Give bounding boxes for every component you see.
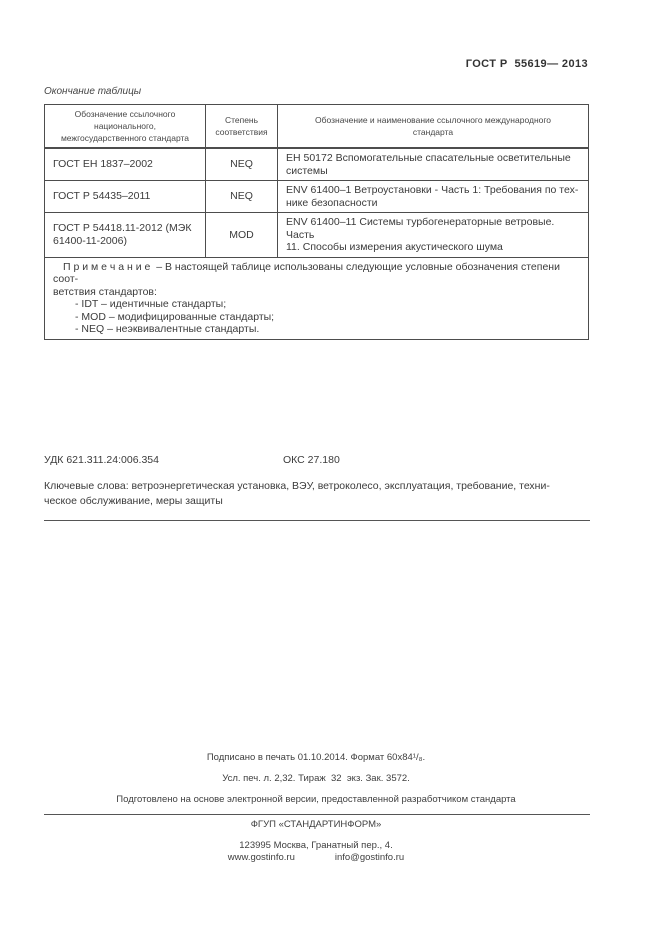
cell-degree: MOD <box>206 213 278 258</box>
note-item-neq: - NEQ – неэквивалентные стандарты. <box>75 323 580 336</box>
cell-international-standard: ENV 61400–1 Ветроустановки - Часть 1: Тр… <box>278 181 589 213</box>
note-item-idt: - IDT – идентичные стандарты; <box>75 298 580 311</box>
keywords: Ключевые слова: ветроэнергетическая уста… <box>44 479 588 509</box>
cell-degree: NEQ <box>206 148 278 181</box>
table-row: ГОСТ ЕН 1837–2002 NEQ ЕН 50172 Вспомогат… <box>45 148 589 181</box>
oks-code: ОКС 27.180 <box>283 454 340 466</box>
publisher-name: ФГУП «СТАНДАРТИНФОРМ» <box>44 819 588 831</box>
cell-degree: NEQ <box>206 181 278 213</box>
email-link: info@gostinfo.ru <box>335 852 404 864</box>
table-row: ГОСТ Р 54435–2011 NEQ ENV 61400–1 Ветроу… <box>45 181 589 213</box>
compliance-table: Обозначение ссылочного национального, ме… <box>44 104 589 340</box>
cell-international-standard: ENV 61400–11 Системы турбогенераторные в… <box>278 213 589 258</box>
note-item-mod: - MOD – модифицированные стандарты; <box>75 311 580 324</box>
col-header-international-standard: Обозначение и наименование ссылочного ме… <box>278 105 589 149</box>
udk-code: УДК 621.311.24:006.354 <box>44 454 283 466</box>
cell-international-standard: ЕН 50172 Вспомогательные спасательные ос… <box>278 148 589 181</box>
table-note: П р и м е ч а н и е – В настоящей таблиц… <box>45 257 589 339</box>
imprint-line-prepared: Подготовлено на основе электронной верси… <box>44 794 588 805</box>
table-header-row: Обозначение ссылочного национального, ме… <box>45 105 589 149</box>
publisher-address: 123995 Москва, Гранатный пер., 4. <box>44 840 588 852</box>
website-link: www.gostinfo.ru <box>228 852 295 864</box>
publisher-block: ФГУП «СТАНДАРТИНФОРМ» 123995 Москва, Гра… <box>44 819 588 864</box>
classification-row: УДК 621.311.24:006.354 ОКС 27.180 <box>44 454 588 466</box>
doc-number: ГОСТ Р 55619— 2013 <box>44 58 588 70</box>
cell-national-standard: ГОСТ Р 54418.11-2012 (МЭК 61400-11-2006) <box>45 213 206 258</box>
imprint-line-circulation: Усл. печ. л. 2,32. Тираж 32 экз. Зак. 35… <box>44 773 588 784</box>
imprint-line-print-date: Подписано в печать 01.10.2014. Формат 60… <box>44 752 588 763</box>
col-header-degree: Степень соответствия <box>206 105 278 149</box>
table-row: ГОСТ Р 54418.11-2012 (МЭК 61400-11-2006)… <box>45 213 589 258</box>
divider-line <box>44 520 590 521</box>
divider-line <box>44 814 590 815</box>
table-caption: Окончание таблицы <box>44 86 588 97</box>
document-page: ГОСТ Р 55619— 2013 Окончание таблицы Обо… <box>0 0 661 936</box>
cell-national-standard: ГОСТ Р 54435–2011 <box>45 181 206 213</box>
col-header-national-standard: Обозначение ссылочного национального, ме… <box>45 105 206 149</box>
note-intro: П р и м е ч а н и е – В настоящей таблиц… <box>53 261 580 299</box>
page-content: ГОСТ Р 55619— 2013 Окончание таблицы Обо… <box>0 0 661 864</box>
cell-national-standard: ГОСТ ЕН 1837–2002 <box>45 148 206 181</box>
imprint-block: Подписано в печать 01.10.2014. Формат 60… <box>44 752 588 805</box>
publisher-contacts: www.gostinfo.ru info@gostinfo.ru <box>44 852 588 864</box>
table-note-row: П р и м е ч а н и е – В настоящей таблиц… <box>45 257 589 339</box>
